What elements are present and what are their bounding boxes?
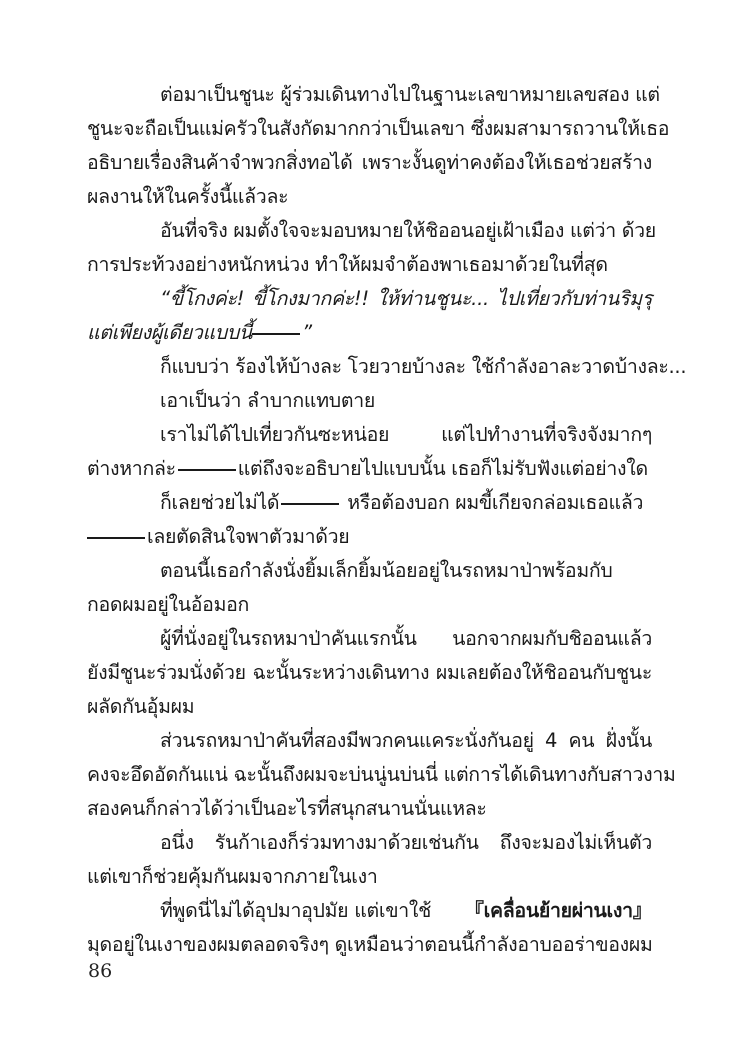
text-line: ชูนะจะถือเป็นแม่ครัวในสังกัดมากกว่าเป็นเ… [87, 112, 652, 146]
text-line: ตอนนี้เธอกำลังนั่งยิ้มเล็กยิ้มน้อยอยู่ใน… [87, 554, 652, 588]
text-line: ต่อมาเป็นชูนะ ผู้ร่วมเดินทางไปในฐานะเลขา… [87, 78, 652, 112]
text-line: ส่วนรถหมาป่าคันที่สองมีพวกคนแคระนั่งกันอ… [87, 724, 652, 758]
text-line: เอาเป็นว่า ลำบากแทบตาย [87, 384, 652, 418]
text-line: เราไม่ได้ไปเที่ยวกันซะหน่อย แต่ไปทำงานที… [87, 418, 652, 452]
text-segment: แต่ถึงจะอธิบายไปแบบนั้น เธอก็ไม่รับฟังแต… [238, 457, 648, 480]
text-line: ก็แบบว่า ร้องไห้บ้างละ โวยวายบ้างละ ใช้ก… [87, 350, 652, 384]
dialogue-line: แต่เพียงผู้เดียวแบบนี้” [87, 316, 652, 350]
text-line: ต่างหากล่ะแต่ถึงจะอธิบายไปแบบนั้น เธอก็ไ… [87, 452, 652, 486]
text-line: ยังมีชูนะร่วมนั่งด้วย ฉะนั้นระหว่างเดินท… [87, 656, 652, 690]
text-segment: เลยตัดสินใจพาตัวมาด้วย [147, 525, 349, 548]
closing-quote: ” [302, 321, 312, 344]
em-dash [87, 537, 145, 539]
text-segment: หรือต้องบอก ผมขี้เกียจกล่อมเธอแล้ว [341, 491, 643, 514]
em-dash [178, 469, 236, 471]
text-segment: ที่พูดนี่ไม่ได้อุปมาอุปมัย แต่เขาใช้ [160, 894, 431, 928]
text-line: อนึ่ง รันก้าเองก็ร่วมทางมาด้วยเช่นกัน ถึ… [87, 826, 652, 860]
dialogue-text: แต่เพียงผู้เดียวแบบนี้ [87, 321, 252, 344]
text-line: ผู้ที่นั่งอยู่ในรถหมาป่าคันแรกนั้น นอกจา… [87, 622, 652, 656]
text-line: อันที่จริง ผมตั้งใจจะมอบหมายให้ชิออนอยู่… [87, 214, 652, 248]
text-segment: ต่างหากล่ะ [87, 457, 176, 480]
text-line: คงจะอึดอัดกันแน่ ฉะนั้นถึงผมจะบ่นนู่นบ่น… [87, 758, 652, 792]
text-line: ผลงานให้ในครั้งนี้แล้วละ [87, 180, 652, 214]
book-page: ต่อมาเป็นชูนะ ผู้ร่วมเดินทางไปในฐานะเลขา… [0, 0, 738, 1051]
em-dash [252, 333, 300, 335]
page-number: 86 [88, 960, 112, 982]
text-line: เลยตัดสินใจพาตัวมาด้วย [87, 520, 652, 554]
text-line: กอดผมอยู่ในอ้อมอก [87, 588, 652, 622]
text-segment: ก็เลยช่วยไม่ได้ [160, 491, 279, 514]
text-line: ผลัดกันอุ้มผม [87, 690, 652, 724]
text-line: ก็เลยช่วยไม่ได้ หรือต้องบอก ผมขี้เกียจกล… [87, 486, 652, 520]
body-text: ต่อมาเป็นชูนะ ผู้ร่วมเดินทางไปในฐานะเลขา… [87, 78, 652, 962]
text-line: มุดอยู่ในเงาของผมตลอดจริงๆ ดูเหมือนว่าตอ… [87, 928, 652, 962]
text-line: สองคนก็กล่าวได้ว่าเป็นอะไรที่สนุกสนานนั่… [87, 792, 652, 826]
text-line: การประท้วงอย่างหนักหน่วง ทำให้ผมจำต้องพา… [87, 248, 652, 282]
dialogue-line: “ขี้โกงค่ะ! ขี้โกงมากค่ะ!! ให้ท่านชูนะ..… [87, 282, 652, 316]
text-line: ที่พูดนี่ไม่ได้อุปมาอุปมัย แต่เขาใช้ 『เค… [87, 894, 652, 928]
text-line: อธิบายเรื่องสินค้าจำพวกสิ่งทอได้ เพราะงั… [87, 146, 652, 180]
text-line: แต่เขาก็ช่วยคุ้มกันผมจากภายในเงา [87, 860, 652, 894]
skill-name: 『เคลื่อนย้ายผ่านเงา』 [464, 894, 652, 928]
em-dash [281, 503, 339, 505]
